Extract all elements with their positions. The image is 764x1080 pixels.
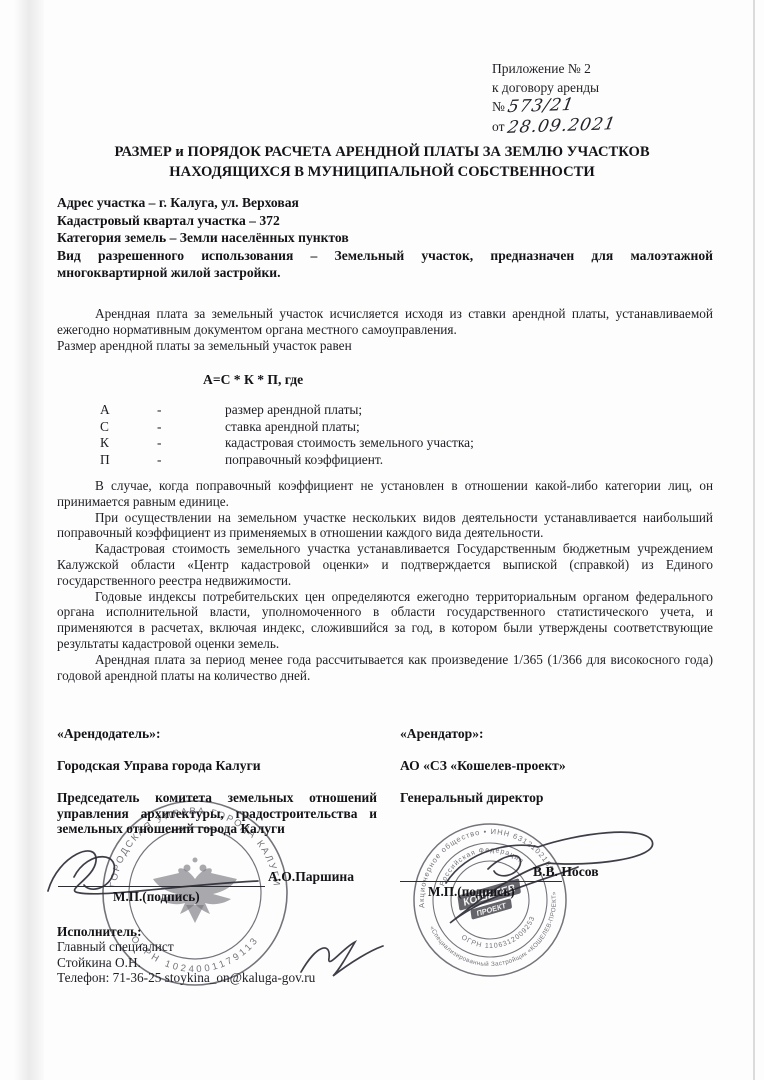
lessee-seal-note: М.П.(подпись) [428, 884, 515, 900]
document-title: РАЗМЕР и ПОРЯДОК РАСЧЕТА АРЕНДНОЙ ПЛАТЫ … [54, 143, 710, 182]
paragraph-partial-year: Арендная плата за период менее года расс… [57, 652, 713, 684]
number-prefix: № [492, 99, 505, 114]
lessee-signature-line [400, 881, 562, 882]
plot-details-block: Адрес участка – г. Калуга, ул. Верховая … [57, 194, 713, 282]
definition-row: К - кадастровая стоимость земельного уча… [0, 435, 764, 452]
handwritten-contract-number: 573/21 [506, 96, 576, 117]
rent-size-line: Размер арендной платы за земельный участ… [57, 338, 713, 354]
title-line-2: НАХОДЯЩИХСЯ В МУНИЦИПАЛЬНОЙ СОБСТВЕННОСТ… [54, 163, 710, 183]
executor-phone-line: Телефон: 71-36-25 stoykina_on@kaluga-gov… [57, 970, 315, 985]
plot-address: Адрес участка – г. Калуга, ул. Верховая [57, 194, 713, 212]
paragraph-coefficient-default: В случае, когда поправочный коэффициент … [57, 478, 713, 510]
intro-paragraph: Арендная плата за земельный участок исчи… [57, 306, 713, 338]
executor-block: Исполнитель: Главный специалист Стойкина… [57, 924, 315, 985]
lessee-organization: АО «СЗ «Кошелев-проект» [400, 758, 566, 774]
definition-meaning: кадастровая стоимость земельного участка… [225, 435, 474, 451]
definition-dash: - [157, 402, 161, 418]
definition-row: С - ставка арендной платы; [0, 419, 764, 436]
executor-label: Исполнитель: [57, 924, 315, 939]
appendix-header: Приложение № 2 к договору аренды № 573/2… [492, 60, 615, 136]
lessee-role-label: «Арендатор»: [400, 726, 484, 742]
rent-formula: А=С * К * П, где [203, 372, 303, 388]
plot-cadastral-quarter: Кадастровый квартал участка – 372 [57, 212, 713, 230]
body-paragraphs: В случае, когда поправочный коэффициент … [57, 478, 713, 683]
paragraph-price-indexes: Годовые индексы потребительских цен опре… [57, 589, 713, 652]
lessor-signatory-name: А.О.Паршина [268, 869, 354, 885]
definition-meaning: ставка арендной платы; [225, 419, 360, 435]
lessor-organization: Городская Управа города Калуги [57, 758, 261, 774]
definition-symbol: С [100, 419, 109, 435]
executor-name: Стойкина О.Н. [57, 955, 315, 970]
formula-definitions: А - размер арендной платы; С - ставка ар… [0, 402, 764, 468]
scan-edge-right [753, 0, 755, 1080]
contract-number-line: № 573/21 [492, 97, 615, 117]
appendix-number-line: Приложение № 2 [492, 60, 615, 79]
scanned-document-page: Приложение № 2 к договору аренды № 573/2… [0, 0, 764, 1080]
definition-meaning: размер арендной платы; [225, 402, 362, 418]
definition-row: П - поправочный коэффициент. [0, 452, 764, 469]
definition-dash: - [157, 452, 161, 468]
plot-land-category: Категория земель – Земли населённых пунк… [57, 229, 713, 247]
intro-block: Арендная плата за земельный участок исчи… [57, 306, 713, 353]
definition-dash: - [157, 419, 161, 435]
executor-position: Главный специалист [57, 939, 315, 954]
date-prefix: от [492, 119, 504, 134]
executor-signature-scribble [295, 932, 390, 980]
handwritten-contract-date: 28.09.2021 [506, 115, 617, 137]
lessee-position: Генеральный директор [400, 790, 543, 806]
paragraph-cadastral-value: Кадастровая стоимость земельного участка… [57, 541, 713, 588]
lessee-signatory-name: В.В. Носов [533, 864, 599, 880]
plot-permitted-use: Вид разрешенного использования – Земельн… [57, 247, 713, 282]
contract-date-line: от 28.09.2021 [492, 117, 615, 137]
paragraph-multiple-activities: При осуществлении на земельном участке н… [57, 510, 713, 542]
definition-dash: - [157, 435, 161, 451]
definition-symbol: К [100, 435, 109, 451]
definition-symbol: П [100, 452, 110, 468]
lessor-position: Председатель комитета земельных отношени… [57, 790, 377, 837]
contract-reference-line: к договору аренды [492, 79, 615, 98]
lessor-signature-line [58, 886, 265, 887]
lessor-role-label: «Арендодатель»: [57, 726, 161, 742]
definition-symbol: А [100, 402, 110, 418]
lessor-seal-note: М.П.(подпись) [113, 889, 200, 905]
scan-shadow-left [14, 0, 44, 1080]
title-line-1: РАЗМЕР и ПОРЯДОК РАСЧЕТА АРЕНДНОЙ ПЛАТЫ … [54, 143, 710, 163]
definition-row: А - размер арендной платы; [0, 402, 764, 419]
definition-meaning: поправочный коэффициент. [225, 452, 383, 468]
